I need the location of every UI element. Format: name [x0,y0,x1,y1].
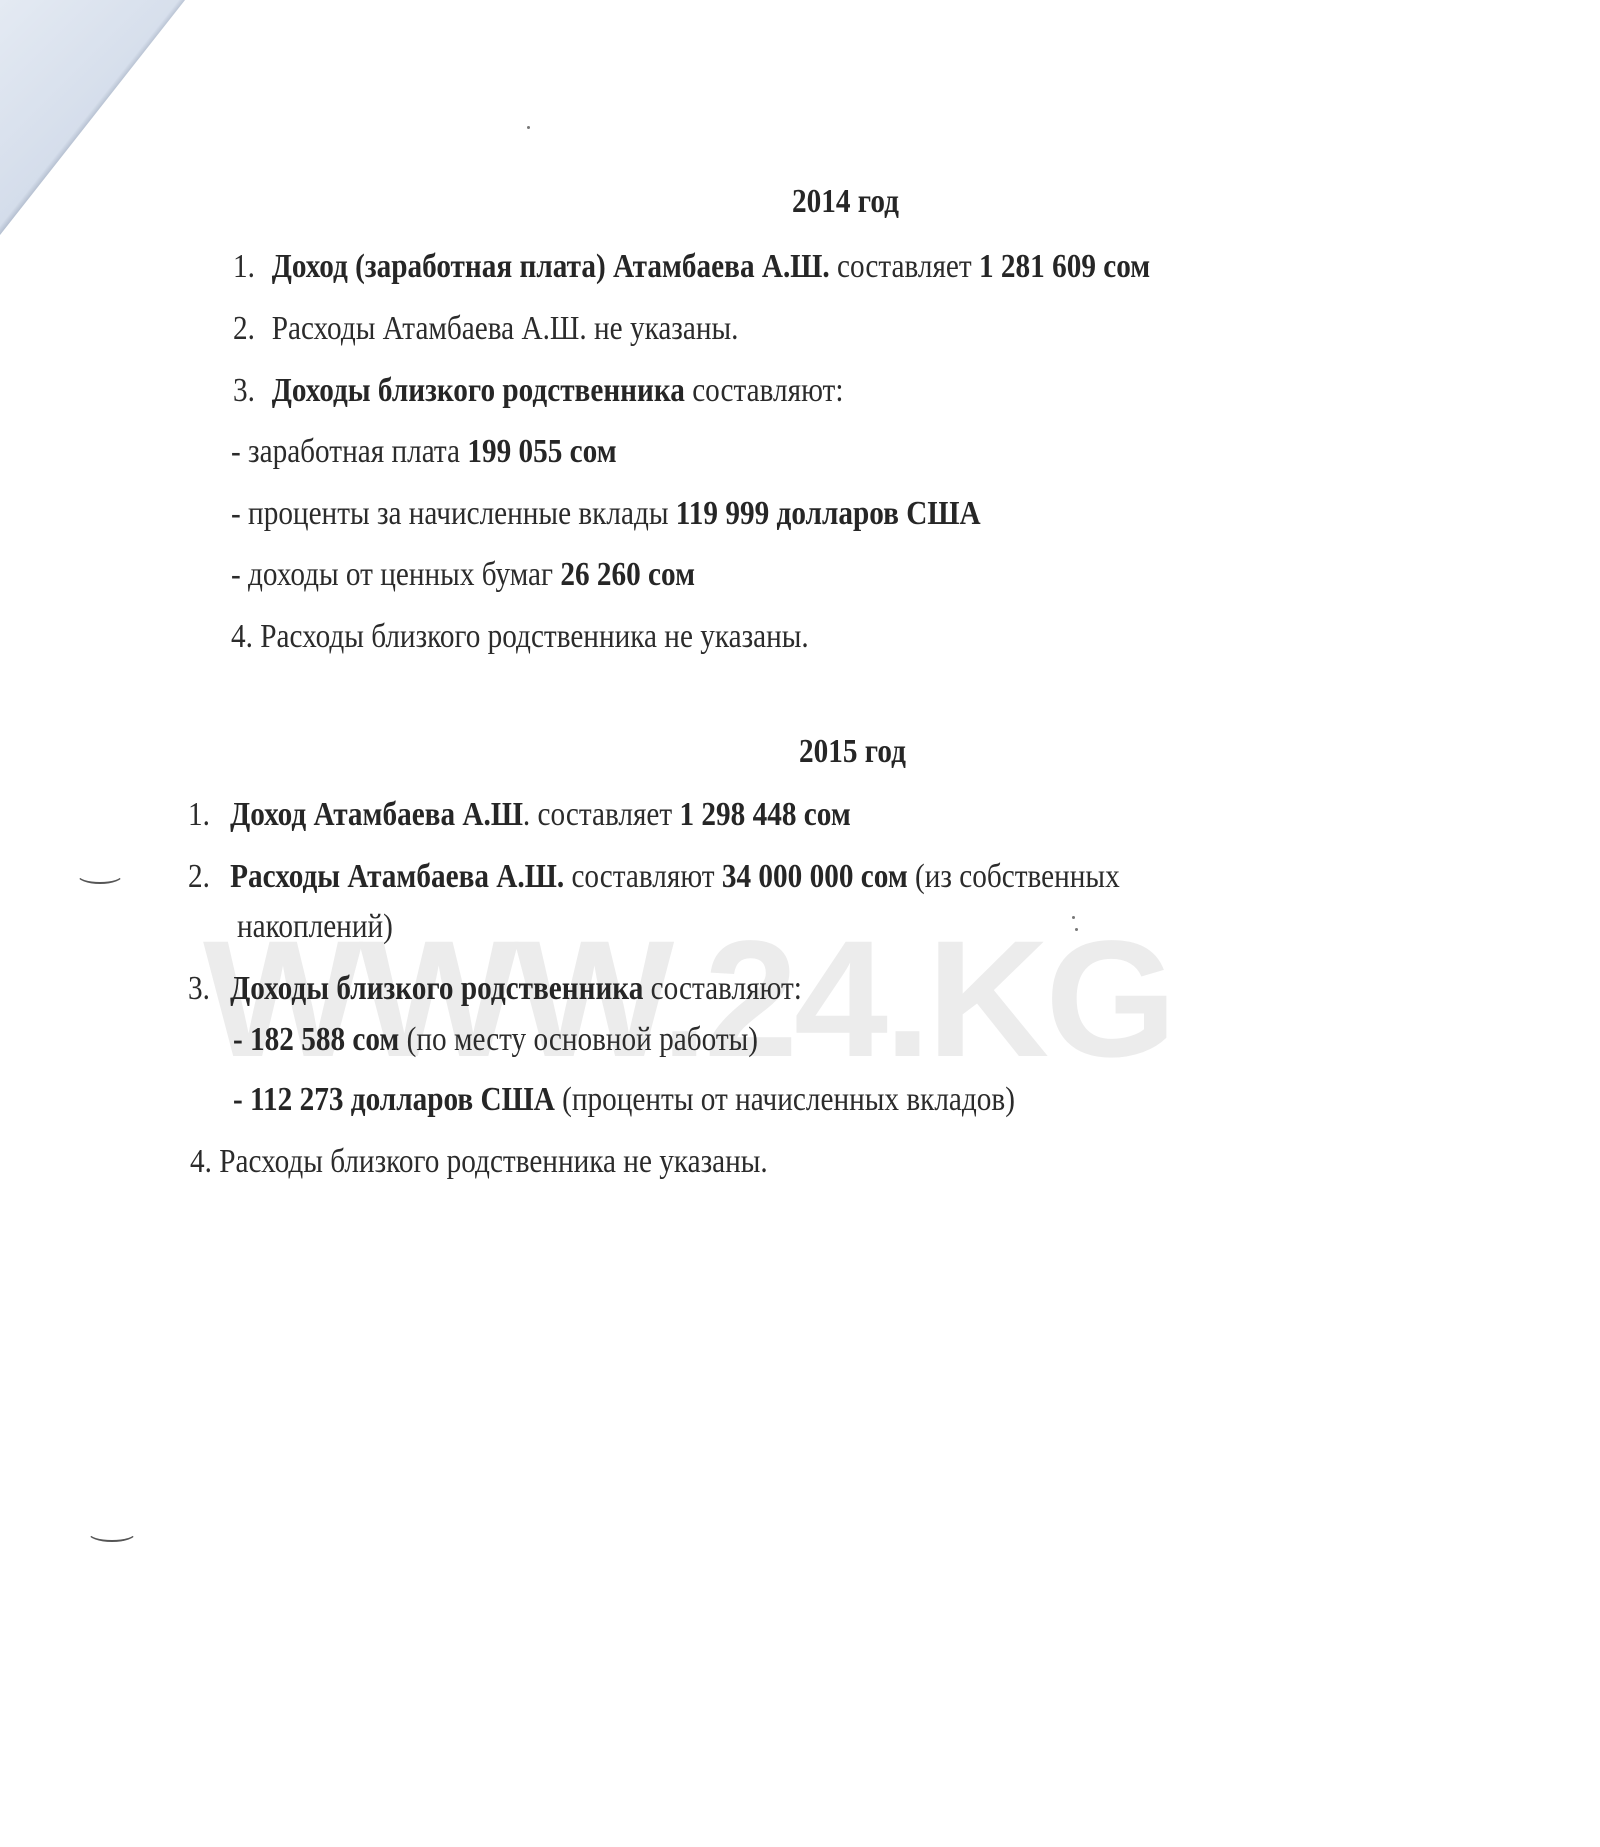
bold-text: 1 281 609 сом [979,248,1150,285]
list-item: - проценты за начисленные вклады 119 999… [231,494,981,534]
bold-text: Доход (заработная плата) Атамбаева А.Ш. [272,248,830,285]
list-item: - 112 273 долларов США (проценты от начи… [233,1080,1015,1120]
list-item: 4. Расходы близкого родственника не указ… [231,617,809,657]
bold-text: - 182 588 сом [233,1021,399,1058]
bold-text: Доходы близкого родственника [272,372,685,409]
item-number: 1. [233,247,272,287]
bold-text: Расходы Атамбаева А.Ш. [230,858,564,895]
text: . составляет [523,796,680,833]
item-number: 3. [233,371,272,411]
list-item: 3.Доходы близкого родственника составляю… [233,371,843,411]
item-number: 3. [188,969,230,1009]
speck [1072,916,1075,919]
speck [1075,928,1078,931]
punch-mark [88,1524,136,1542]
folded-corner-edge [0,0,190,240]
text: (по месту основной работы) [399,1021,758,1058]
bold-text: - 112 273 долларов США [233,1081,555,1118]
bold-text: 26 260 сом [560,556,695,593]
list-item: накоплений) [237,907,393,947]
item-number: 1. [188,795,230,835]
list-item: 3.Доходы близкого родственника составляю… [188,969,802,1009]
speck [527,126,530,129]
list-item: 4. Расходы близкого родственника не указ… [190,1142,768,1182]
list-item: 2.Расходы Атамбаева А.Ш. не указаны. [233,309,738,349]
section-heading: 2014 год [792,182,899,222]
text: Расходы Атамбаева А.Ш. не указаны. [272,310,739,347]
list-item: 1.Доход (заработная плата) Атамбаева А.Ш… [233,247,1150,287]
text: - проценты за начисленные вклады [231,495,676,532]
text: составляют: [643,970,802,1007]
text: составляет [830,248,979,285]
text: накоплений) [237,908,393,945]
text: (проценты от начисленных вкладов) [555,1081,1015,1118]
item-number: 2. [188,857,230,897]
bold-text: 119 999 долларов США [676,495,981,532]
punch-mark [77,866,123,884]
text: - доходы от ценных бумаг [231,556,560,593]
list-item: - доходы от ценных бумаг 26 260 сом [231,555,695,595]
bold-text: Доходы близкого родственника [230,970,643,1007]
text: 4. Расходы близкого родственника не указ… [231,618,809,655]
list-item: - 182 588 сом (по месту основной работы) [233,1020,758,1060]
section-heading: 2015 год [799,732,906,772]
bold-text: 34 000 000 сом [722,858,908,895]
bold-text: 199 055 сом [467,433,616,470]
bold-text: 1 298 448 сом [680,796,851,833]
text: составляют [564,858,722,895]
bold-text: Доход Атамбаева А.Ш [230,796,523,833]
list-item: - заработная плата 199 055 сом [231,432,617,472]
list-item: 2.Расходы Атамбаева А.Ш. составляют 34 0… [188,857,1120,897]
text: - заработная плата [231,433,467,470]
list-item: 1.Доход Атамбаева А.Ш. составляет 1 298 … [188,795,851,835]
text: (из собственных [908,858,1120,895]
item-number: 2. [233,309,272,349]
text: составляют: [685,372,844,409]
text: 4. Расходы близкого родственника не указ… [190,1143,768,1180]
